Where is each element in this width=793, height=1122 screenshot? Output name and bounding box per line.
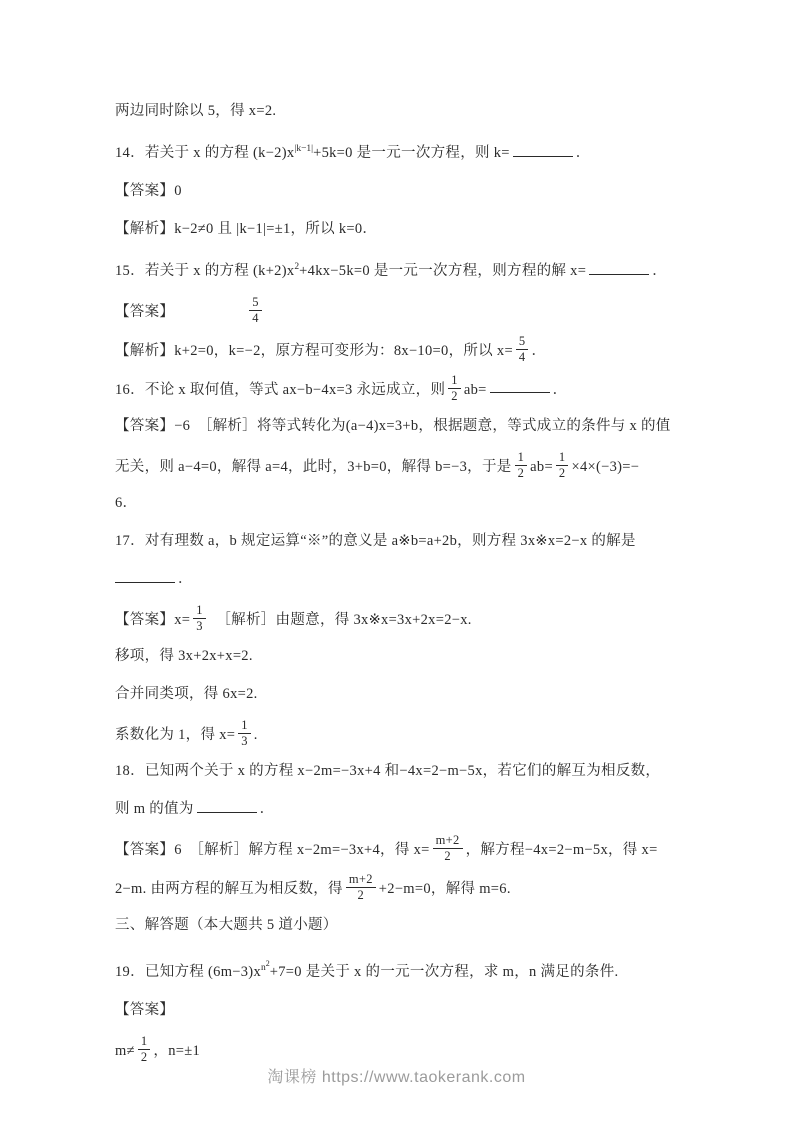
answer-16-line1: 【答案】−6 ［解析］将等式转化为(a−4)x=3+b，根据题意，等式成立的条件… [115,415,693,438]
text: 【答案】−6 ［解析］将等式转化为(a−4)x=3+b，根据题意，等式成立的条件… [115,418,671,434]
text: ［解析］由题意，得 3x※x=3x+2x=2−x. [209,611,472,627]
text: 【解析】k+2=0，k=−2，原方程可变形为：8x−10=0，所以 x= [115,342,513,358]
fraction: m+22 [433,834,463,863]
text: 三、解答题（本大题共 5 道小题） [115,917,338,933]
fraction: 12 [556,451,569,480]
numerator: 1 [193,604,206,619]
fraction: m+22 [346,873,376,902]
solution-step-2: 合并同类项，得 6x=2. [115,683,693,706]
denominator: 2 [138,1050,151,1064]
numerator: m+2 [346,873,376,888]
question-17-line2: ． [115,568,693,591]
document-body: 两边同时除以 5，得 x=2. 14．若关于 x 的方程 (k−2)x|k−1|… [115,100,693,1076]
text: 2−m. 由两方程的解互为相反数，得 [115,880,343,896]
question-19: 19．已知方程 (6m−3)xn2+7=0 是关于 x 的一元一次方程，求 m，… [115,952,693,984]
text: 无关，则 a−4=0，解得 a=4，此时，3+b=0，解得 b=−3，于是 [115,458,512,474]
answer-19-label: 【答案】 [115,999,693,1022]
answer-17: 【答案】x=13 ［解析］由题意，得 3x※x=3x+2x=2−x. [115,606,693,635]
text: 18．已知两个关于 x 的方程 x−2m=−3x+4 和−4x=2−m−5x，若… [115,763,660,779]
section-3-heading: 三、解答题（本大题共 5 道小题） [115,914,693,937]
numerator: 5 [516,335,529,350]
text: 【答案】x= [115,611,190,627]
text: ，n=±1 [153,1042,200,1058]
text: ×4×(−3)=− [571,458,639,474]
text: 【答案】 [115,1002,174,1018]
question-15: 15．若关于 x 的方程 (k+2)x2+4kx−5k=0 是一元一次方程，则方… [115,256,693,283]
numerator: 1 [515,451,528,466]
site-watermark: 淘课榜 https://www.taokerank.com [0,1064,793,1087]
answer-blank [197,809,257,813]
text: 【答案】 [115,303,174,319]
fraction: 12 [448,374,461,403]
text: 17．对有理数 a，b 规定运算“※”的意义是 a※b=a+2b，则方程 3x※… [115,533,636,549]
text: 系数化为 1，得 x= [115,726,235,742]
answer-16-line2: 无关，则 a−4=0，解得 a=4，此时，3+b=0，解得 b=−3，于是12a… [115,453,693,482]
question-18-line2: 则 m 的值为． [115,798,693,821]
denominator: 2 [346,888,376,902]
text: 移项，得 3x+2x+x=2. [115,648,253,664]
text: +7=0 是关于 x 的一元一次方程，求 m，n 满足的条件. [270,964,619,980]
solution-carryover-line: 两边同时除以 5，得 x=2. [115,100,693,123]
answer-blank [490,389,550,393]
text: 14．若关于 x 的方程 (k−2)x [115,145,294,161]
text: ，解方程−4x=2−m−5x，得 x= [466,841,658,857]
text: ． [652,263,667,279]
question-14: 14．若关于 x 的方程 (k−2)x|k−1|+5k=0 是一元一次方程，则 … [115,138,693,165]
numerator: m+2 [433,834,463,849]
denominator: 4 [516,350,529,364]
solution-step-3: 系数化为 1，得 x=13. [115,721,693,750]
solution-step-1: 移项，得 3x+2x+x=2. [115,645,693,668]
text: . [254,726,258,742]
text: ． [178,571,193,587]
text: ． [553,381,568,397]
answer-18-line1: 【答案】6 ［解析］解方程 x−2m=−3x+4，得 x=m+22，解方程−4x… [115,836,693,865]
exponent: n2 [261,963,270,973]
denominator: 2 [556,466,569,480]
text: ab= [464,381,487,397]
question-18-line1: 18．已知两个关于 x 的方程 x−2m=−3x+4 和−4x=2−m−5x，若… [115,760,693,783]
analysis-14: 【解析】k−2≠0 且 |k−1|=±1，所以 k=0． [115,218,693,241]
fraction: 12 [515,451,528,480]
question-17-line1: 17．对有理数 a，b 规定运算“※”的意义是 a※b=a+2b，则方程 3x※… [115,530,693,553]
denominator: 2 [433,849,463,863]
text: 19．已知方程 (6m−3)x [115,964,261,980]
denominator: 2 [515,466,528,480]
denominator: 3 [193,619,206,633]
text: +5k=0 是一元一次方程，则 k= [313,145,510,161]
text: 15．若关于 x 的方程 (k+2)x [115,263,294,279]
answer-blank [115,579,175,583]
text: ab= [530,458,553,474]
text: 16．不论 x 取何值，等式 ax−b−4x=3 永远成立，则 [115,381,445,397]
fraction: 13 [238,719,251,748]
fraction: 12 [138,1035,151,1064]
answer-blank [513,153,573,157]
text: +4kx−5k=0 是一元一次方程，则方程的解 x= [299,263,586,279]
fraction: 13 [193,604,206,633]
text: ． [576,145,591,161]
answer-14: 【答案】0 [115,180,693,203]
fraction: 54 [516,335,529,364]
numerator: 1 [238,719,251,734]
numerator: 1 [448,374,461,389]
exponent: |k−1| [294,144,313,154]
text: 【解析】k−2≠0 且 |k−1|=±1，所以 k=0． [115,221,377,237]
watermark-text: 淘课榜 https://www.taokerank.com [267,1069,525,1086]
denominator: 3 [238,734,251,748]
text: 6． [115,495,137,511]
answer-18-line2: 2−m. 由两方程的解互为相反数，得m+22+2−m=0，解得 m=6. [115,875,693,904]
fraction: 54 [249,296,262,325]
answer-19: m≠12，n=±1 [115,1037,693,1066]
text: 两边同时除以 5，得 x=2. [115,103,276,119]
answer-15: 【答案】54 [115,298,693,327]
numerator: 1 [138,1035,151,1050]
denominator: 4 [249,311,262,325]
numerator: 1 [556,451,569,466]
text: 【答案】0 [115,183,182,199]
numerator: 5 [249,296,262,311]
answer-blank [589,271,649,275]
text: +2−m=0，解得 m=6. [379,880,511,896]
question-16: 16．不论 x 取何值，等式 ax−b−4x=3 永远成立，则12ab=． [115,376,693,405]
text: 合并同类项，得 6x=2. [115,686,258,702]
text: 【答案】6 ［解析］解方程 x−2m=−3x+4，得 x= [115,841,430,857]
text: ． [531,342,546,358]
text: 则 m 的值为 [115,801,194,817]
text: m≠ [115,1042,135,1058]
text: ． [260,801,275,817]
answer-16-line3: 6． [115,492,693,515]
analysis-15: 【解析】k+2=0，k=−2，原方程可变形为：8x−10=0，所以 x=54． [115,337,693,366]
denominator: 2 [448,389,461,403]
